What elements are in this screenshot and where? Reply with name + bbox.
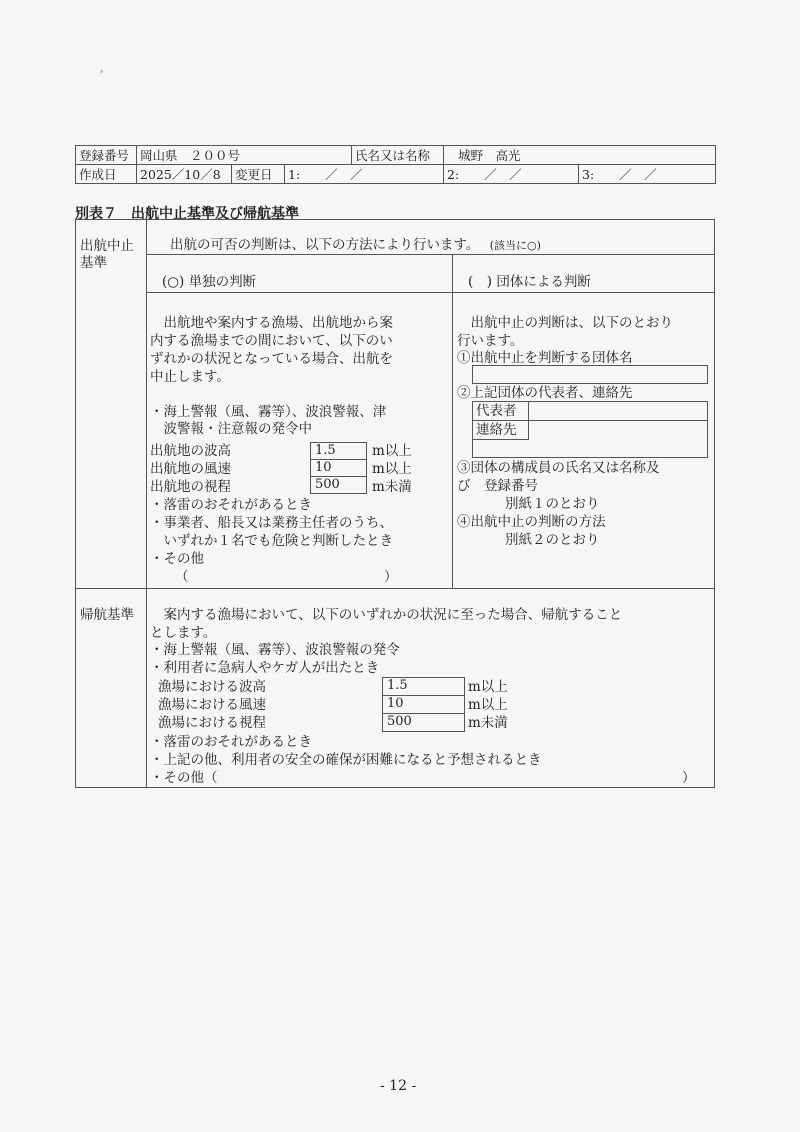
contact-label: 連絡先 xyxy=(476,422,517,439)
single-bullet-warning-2: 波警報・注意報の発令中 xyxy=(150,421,312,438)
return-bullet-other: ・その他（ xyxy=(150,770,218,787)
group-judgment-heading: ( ) 団体による判断 xyxy=(468,274,591,291)
cond-visibility-unit: m未満 xyxy=(372,479,412,496)
group-item-4-2: 別紙２のとおり xyxy=(505,532,600,549)
divider xyxy=(75,588,715,589)
changed-label: 変更日 xyxy=(232,165,285,184)
group-item-3-1: ③団体の構成員の氏名又は名称及 xyxy=(457,460,660,477)
return-label: 帰航基準 xyxy=(80,607,134,624)
single-para-4: 中止します。 xyxy=(150,369,230,386)
departure-intro: 出航の可否の判断は、以下の方法により行います。 (該当に○) xyxy=(170,237,541,255)
change-date-3: 3: ／ ／ xyxy=(579,165,716,184)
cond-wind-label: 出航地の風速 xyxy=(150,461,231,478)
group-item-4-1: ④出航中止の判断の方法 xyxy=(457,514,606,531)
single-bullet-danger-1: ・事業者、船長又は業務主任者のうち、 xyxy=(150,515,393,532)
cond-wave-label: 出航地の波高 xyxy=(150,443,231,460)
name-value: 城野 高光 xyxy=(444,146,716,165)
group-para-1: 出航中止の判断は、以下のとおり xyxy=(457,315,673,332)
return-cond-wind-unit: m以上 xyxy=(468,697,508,714)
return-cond-wind-label: 漁場における風速 xyxy=(158,697,266,714)
intro-note: (該当に○) xyxy=(490,239,541,252)
cond-wind-unit: m以上 xyxy=(372,461,412,478)
divider xyxy=(452,254,453,588)
return-cond-wave-value: 1.5 xyxy=(382,677,465,696)
change-date-1: 1: ／ ／ xyxy=(285,165,444,184)
return-bullet-warning: ・海上警報（風、霧等）、波浪警報の発令 xyxy=(150,642,400,659)
return-cond-visibility-value: 500 xyxy=(382,713,465,732)
single-bullet-other: ・その他 xyxy=(150,551,204,568)
return-bullet-safety: ・上記の他、利用者の安全の確保が困難になると予想されるとき xyxy=(150,752,542,769)
group-item-3-2: び 登録番号 xyxy=(457,478,538,495)
departure-label-line1: 出航中止 xyxy=(80,238,134,255)
return-para-2: とします。 xyxy=(150,625,216,642)
cond-wave-unit: m以上 xyxy=(372,443,412,460)
return-cond-wind-value: 10 xyxy=(382,695,465,714)
return-other-paren-close: ） xyxy=(682,770,696,787)
single-bullet-warning-1: ・海上警報（風、霧等）、波浪警報、津 xyxy=(150,404,386,421)
single-para-3: ずれかの状況となっている場合、出航を xyxy=(150,351,393,368)
group-para-2: 行います。 xyxy=(457,333,523,350)
divider xyxy=(472,420,708,421)
created-label: 作成日 xyxy=(76,165,137,184)
divider xyxy=(146,292,715,293)
return-bullet-lightning: ・落雷のおそれがあるとき xyxy=(150,734,312,751)
intro-text: 出航の可否の判断は、以下の方法により行います。 xyxy=(170,237,479,253)
reg-no-label: 登録番号 xyxy=(76,146,137,165)
group-item-2: ②上記団体の代表者、連絡先 xyxy=(457,385,633,402)
single-para-1: 出航地や案内する漁場、出航地から案 xyxy=(150,315,393,332)
return-bullet-injury: ・利用者に急病人やケガ人が出たとき xyxy=(150,660,379,677)
change-date-2: 2: ／ ／ xyxy=(444,165,579,184)
other-paren-open: （ xyxy=(175,569,189,586)
return-para-1: 案内する漁場において、以下のいずれかの状況に至った場合、帰航すること xyxy=(150,607,622,624)
cond-visibility-label: 出航地の視程 xyxy=(150,479,231,496)
single-bullet-lightning: ・落雷のおそれがあるとき xyxy=(150,497,312,514)
created-value: 2025／10／8 xyxy=(137,165,232,184)
reg-no-value: 岡山県 ２００号 xyxy=(137,146,352,165)
name-label: 氏名又は名称 xyxy=(352,146,444,165)
departure-label-line2: 基準 xyxy=(80,255,107,272)
registration-table: 登録番号 岡山県 ２００号 氏名又は名称 城野 高光 作成日 2025／10／8… xyxy=(75,145,716,184)
single-para-2: 内する漁場までの間において、以下のい xyxy=(150,333,393,350)
other-paren-close: ） xyxy=(384,569,398,586)
return-cond-wave-unit: m以上 xyxy=(468,679,508,696)
single-judgment-heading: (○) 単独の判断 xyxy=(162,274,256,291)
group-item-3-3: 別紙１のとおり xyxy=(505,496,600,513)
divider xyxy=(146,219,147,788)
page-number: - 12 - xyxy=(380,1078,416,1094)
divider xyxy=(472,439,529,440)
cond-visibility-value: 500 xyxy=(310,476,367,494)
cond-wave-value: 1.5 xyxy=(310,442,367,460)
return-cond-visibility-label: 漁場における視程 xyxy=(158,715,266,732)
cond-wind-value: 10 xyxy=(310,459,367,477)
scan-speck xyxy=(100,70,103,73)
return-cond-wave-label: 漁場における波高 xyxy=(158,679,266,696)
single-bullet-danger-2: いずれか１名でも危険と判断したとき xyxy=(150,533,393,550)
divider xyxy=(528,401,529,439)
group-name-field xyxy=(472,365,708,384)
rep-label: 代表者 xyxy=(476,403,517,420)
return-cond-visibility-unit: m未満 xyxy=(468,715,508,732)
